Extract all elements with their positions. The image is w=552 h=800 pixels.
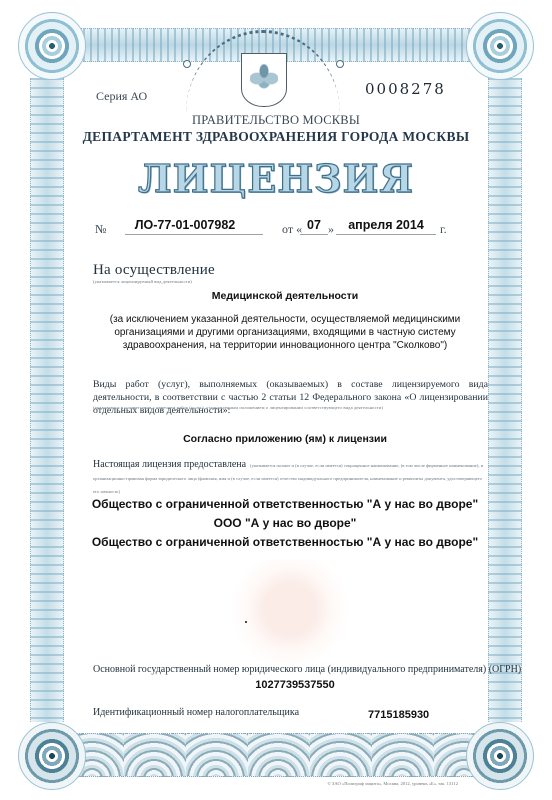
series-label: Серия АО xyxy=(96,89,147,104)
rosette-icon xyxy=(18,12,86,80)
year-suffix: г. xyxy=(440,222,447,237)
ogrn-value: 1027739537550 xyxy=(80,679,490,691)
rosette-icon xyxy=(466,12,534,80)
license-page: Серия АО 0008278 ПРАВИТЕЛЬСТВО МОСКВЫ ДЕ… xyxy=(0,0,552,800)
issuer-department: ДЕПАРТАМЕНТ ЗДРАВООХРАНЕНИЯ ГОРОДА МОСКВ… xyxy=(0,129,552,145)
activity-exclusion: (за исключением указанной деятельности, … xyxy=(80,313,490,352)
rosette-icon xyxy=(18,722,86,790)
inn-value: 7715185930 xyxy=(368,709,429,721)
ogrn-label: Основной государственный номер юридическ… xyxy=(93,664,521,675)
activity-hint: (указывается лицензируемый вид деятельно… xyxy=(93,279,192,284)
day-close-quote: » xyxy=(328,222,334,237)
activity-label: На осуществление xyxy=(93,262,215,279)
works-description: Виды работ (услуг), выполняемых (оказыва… xyxy=(93,378,488,417)
number-label: № xyxy=(95,222,106,237)
license-number-line: № ЛО-77-01-007982 от « 07 » апреля 2014 … xyxy=(0,216,552,238)
ink-speck xyxy=(245,621,247,623)
issuer-government: ПРАВИТЕЛЬСТВО МОСКВЫ xyxy=(0,113,552,128)
printer-imprint: © ЗАО «Полиграф защита», Москва, 2012, у… xyxy=(327,781,458,786)
arch-end-dot xyxy=(336,60,344,68)
rosette-icon xyxy=(466,722,534,790)
seal-watermark xyxy=(230,560,350,670)
activity-name: Медицинской деятельности xyxy=(80,290,490,302)
serial-number: 0008278 xyxy=(365,80,446,98)
border-bottom-ornament xyxy=(62,733,490,777)
month-underline xyxy=(336,234,436,235)
licensee-brand-name: Общество с ограниченной ответственностью… xyxy=(80,535,490,549)
works-value: Согласно приложению (ям) к лицензии xyxy=(80,433,490,445)
licensee-short-name: ООО "А у нас во дворе" xyxy=(80,516,490,530)
day-underline xyxy=(300,234,328,235)
inn-label: Идентификационный номер налогоплательщик… xyxy=(93,707,299,718)
licensee-description: Настоящая лицензия предоставлена (указыв… xyxy=(93,458,488,497)
licensee-lead: Настоящая лицензия предоставлена xyxy=(93,459,246,470)
works-hint: (указывается в соответствии с перечнем р… xyxy=(93,405,488,410)
license-number: ЛО-77-01-007982 xyxy=(125,218,245,232)
arch-end-dot xyxy=(183,60,191,68)
number-underline xyxy=(125,234,263,235)
license-day: 07 xyxy=(300,218,328,232)
license-month-year: апреля 2014 xyxy=(336,218,436,232)
document-title: ЛИЦЕНЗИЯ xyxy=(0,156,552,201)
coat-of-arms-icon xyxy=(241,53,287,107)
double-headed-eagle-icon xyxy=(250,62,278,92)
licensee-full-name: Общество с ограниченной ответственностью… xyxy=(80,497,490,511)
